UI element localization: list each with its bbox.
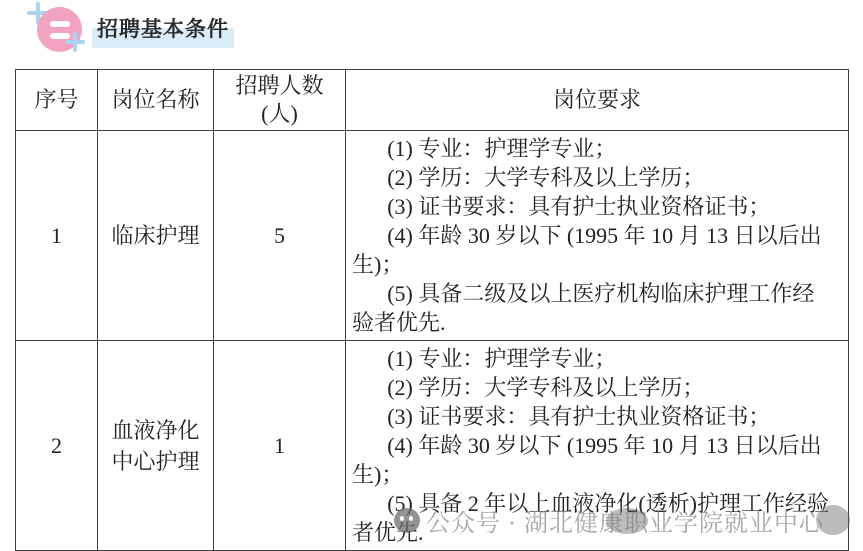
cell-seq: 1 — [16, 131, 98, 341]
header-requirements: 岗位要求 — [346, 70, 849, 131]
header-seq: 序号 — [16, 70, 98, 131]
requirement-item: (3) 证书要求：具有护士执业资格证书； — [352, 402, 836, 431]
section-title-wrap: 招聘基本条件 — [92, 13, 234, 51]
header-position: 岗位名称 — [98, 70, 214, 131]
wechat-icon — [394, 508, 420, 533]
recruitment-table: 序号 岗位名称 招聘人数 (人) 岗位要求 1 临床护理 5 (1) 专业：护理… — [15, 69, 849, 551]
plus-decor-icon — [65, 32, 85, 52]
watermark-text: 公众号 · 湖北健康职业学院就业中心 — [426, 503, 824, 538]
cell-position: 血液净化中心护理 — [98, 341, 214, 551]
cell-position: 临床护理 — [98, 131, 214, 341]
cell-count: 1 — [214, 341, 346, 551]
watermark: 公众号 · 湖北健康职业学院就业中心 — [394, 503, 824, 538]
table-row: 1 临床护理 5 (1) 专业：护理学专业； (2) 学历：大学专科及以上学历；… — [16, 131, 849, 341]
cell-count: 5 — [214, 131, 346, 341]
cell-seq: 2 — [16, 341, 98, 551]
badge-bar — [50, 21, 70, 27]
recruitment-notice-page: 招聘基本条件 序号 岗位名称 招聘人数 (人) 岗位要求 1 临床护理 5 (1… — [0, 0, 863, 551]
header-count-line1: 招聘人数 — [216, 72, 343, 100]
header-count: 招聘人数 (人) — [214, 70, 346, 131]
section-title: 招聘基本条件 — [92, 13, 234, 47]
cell-requirements: (1) 专业：护理学专业； (2) 学历：大学专科及以上学历； (3) 证书要求… — [346, 131, 849, 341]
requirement-item: (4) 年龄 30 岁以下 (1995 年 10 月 13 日以后出生)； — [352, 221, 836, 279]
requirement-item: (2) 学历：大学专科及以上学历； — [352, 163, 836, 192]
requirement-item: (3) 证书要求：具有护士执业资格证书； — [352, 192, 836, 221]
requirement-item: (1) 专业：护理学专业； — [352, 134, 836, 163]
requirement-item: (4) 年龄 30 岁以下 (1995 年 10 月 13 日以后出生)； — [352, 431, 836, 489]
requirement-item: (2) 学历：大学专科及以上学历； — [352, 373, 836, 402]
requirement-item: (1) 专业：护理学专业； — [352, 344, 836, 373]
table-header-row: 序号 岗位名称 招聘人数 (人) 岗位要求 — [16, 70, 849, 131]
requirement-item: (5) 具备二级及以上医疗机构临床护理工作经验者优先. — [352, 279, 836, 337]
header-count-line2: (人) — [216, 100, 343, 128]
